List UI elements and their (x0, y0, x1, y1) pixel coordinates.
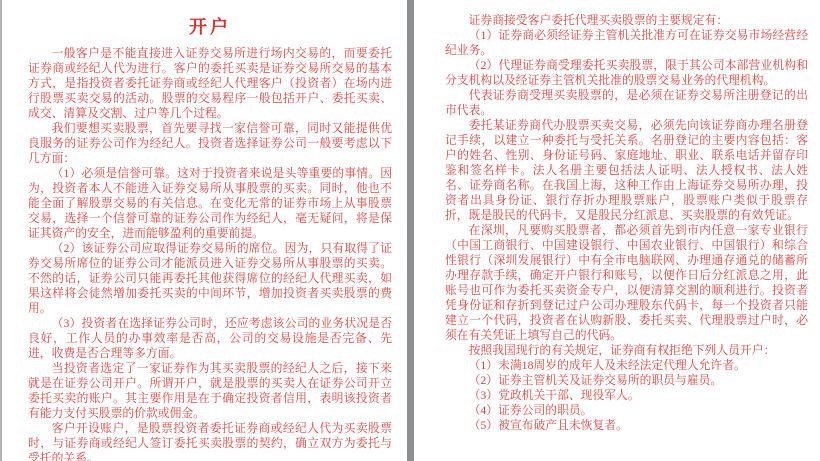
page-right-content: 证券商接受客户委托代理买卖股票的主要规定有：（1）证券商必须经证券主管机关批准方… (445, 13, 808, 433)
paragraph: （3）党政机关干部、现役军人。 (445, 388, 808, 403)
paragraph: 客户开设账户，是股票投资者委托证券商或经纪人代为买卖股票时，与证券商或经纪人签订… (28, 421, 392, 461)
paragraph: 委托某证券商代办股票买卖交易，必须先向该证券商办理名册登记手续，以建立一种委托与… (445, 118, 808, 223)
paragraph: 我们要想买卖股票，首先要寻找一家信誉可靠，同时又能提供优良服务的证券公司作为经纪… (28, 121, 392, 166)
paragraph: 在深圳，凡要购买股票者，都必须首先到市内任意一家专业银行（中国工商银行、中国建设… (445, 223, 808, 343)
paragraph: （1）证券商必须经证券主管机关批准方可在证券交易市场经营经纪业务。 (445, 28, 808, 58)
paragraph: 按照我国现行的有关规定，证券商有权拒绝下列人员开户： (445, 343, 808, 358)
page-left-content: 一般客户是不能直接进入证券交易所进行场内交易的，而要委托证券商或经纪人代为进行。… (28, 46, 392, 461)
paragraph: 当投资者选定了一家证券作为其买卖股票的经纪人之后，接下来就是在证券公司开户。所谓… (28, 361, 392, 421)
left-edge-line (0, 0, 2, 461)
paragraph: 证券商接受客户委托代理买卖股票的主要规定有： (445, 13, 808, 28)
paragraph: （2）该证券公司应取得证券交易所的席位。因为，只有取得了证券交易所席位的证券公司… (28, 241, 392, 316)
paragraph: （2）证券主管机关及证券交易所的职员与雇员。 (445, 373, 808, 388)
paragraph: （1）未满18周岁的成年人及未经法定代理人允许者。 (445, 358, 808, 373)
paragraph: 代表证券商受理买卖股票的，是必须在证券交易所注册登记的出市代表。 (445, 88, 808, 118)
paragraph: （2）代理证券商受理委托买卖股票，限于其公司本部营业机构和分支机构以及经证券主管… (445, 58, 808, 88)
document-viewer: 开户 一般客户是不能直接进入证券交易所进行场内交易的，而要委托证券商或经纪人代为… (0, 0, 820, 461)
paragraph: （3）投资者在选择证券公司时，还应考虑该公司的业务状况是否良好，工作人员的办事效… (28, 316, 392, 361)
paragraph: （1）必须是信誉可靠。这对于投资者来说是头等重要的事情。因为，投资者本人不能进入… (28, 166, 392, 241)
paragraph: （4）证券公司的职员。 (445, 403, 808, 418)
paragraph: 一般客户是不能直接进入证券交易所进行场内交易的，而要委托证券商或经纪人代为进行。… (28, 46, 392, 121)
page-left: 开户 一般客户是不能直接进入证券交易所进行场内交易的，而要委托证券商或经纪人代为… (0, 0, 407, 461)
page-right: 证券商接受客户委托代理买卖股票的主要规定有：（1）证券商必须经证券主管机关批准方… (414, 0, 820, 461)
page-divider (407, 0, 414, 461)
paragraph: （5）被宣布破产且未恢复者。 (445, 418, 808, 433)
page-title: 开户 (28, 13, 392, 39)
